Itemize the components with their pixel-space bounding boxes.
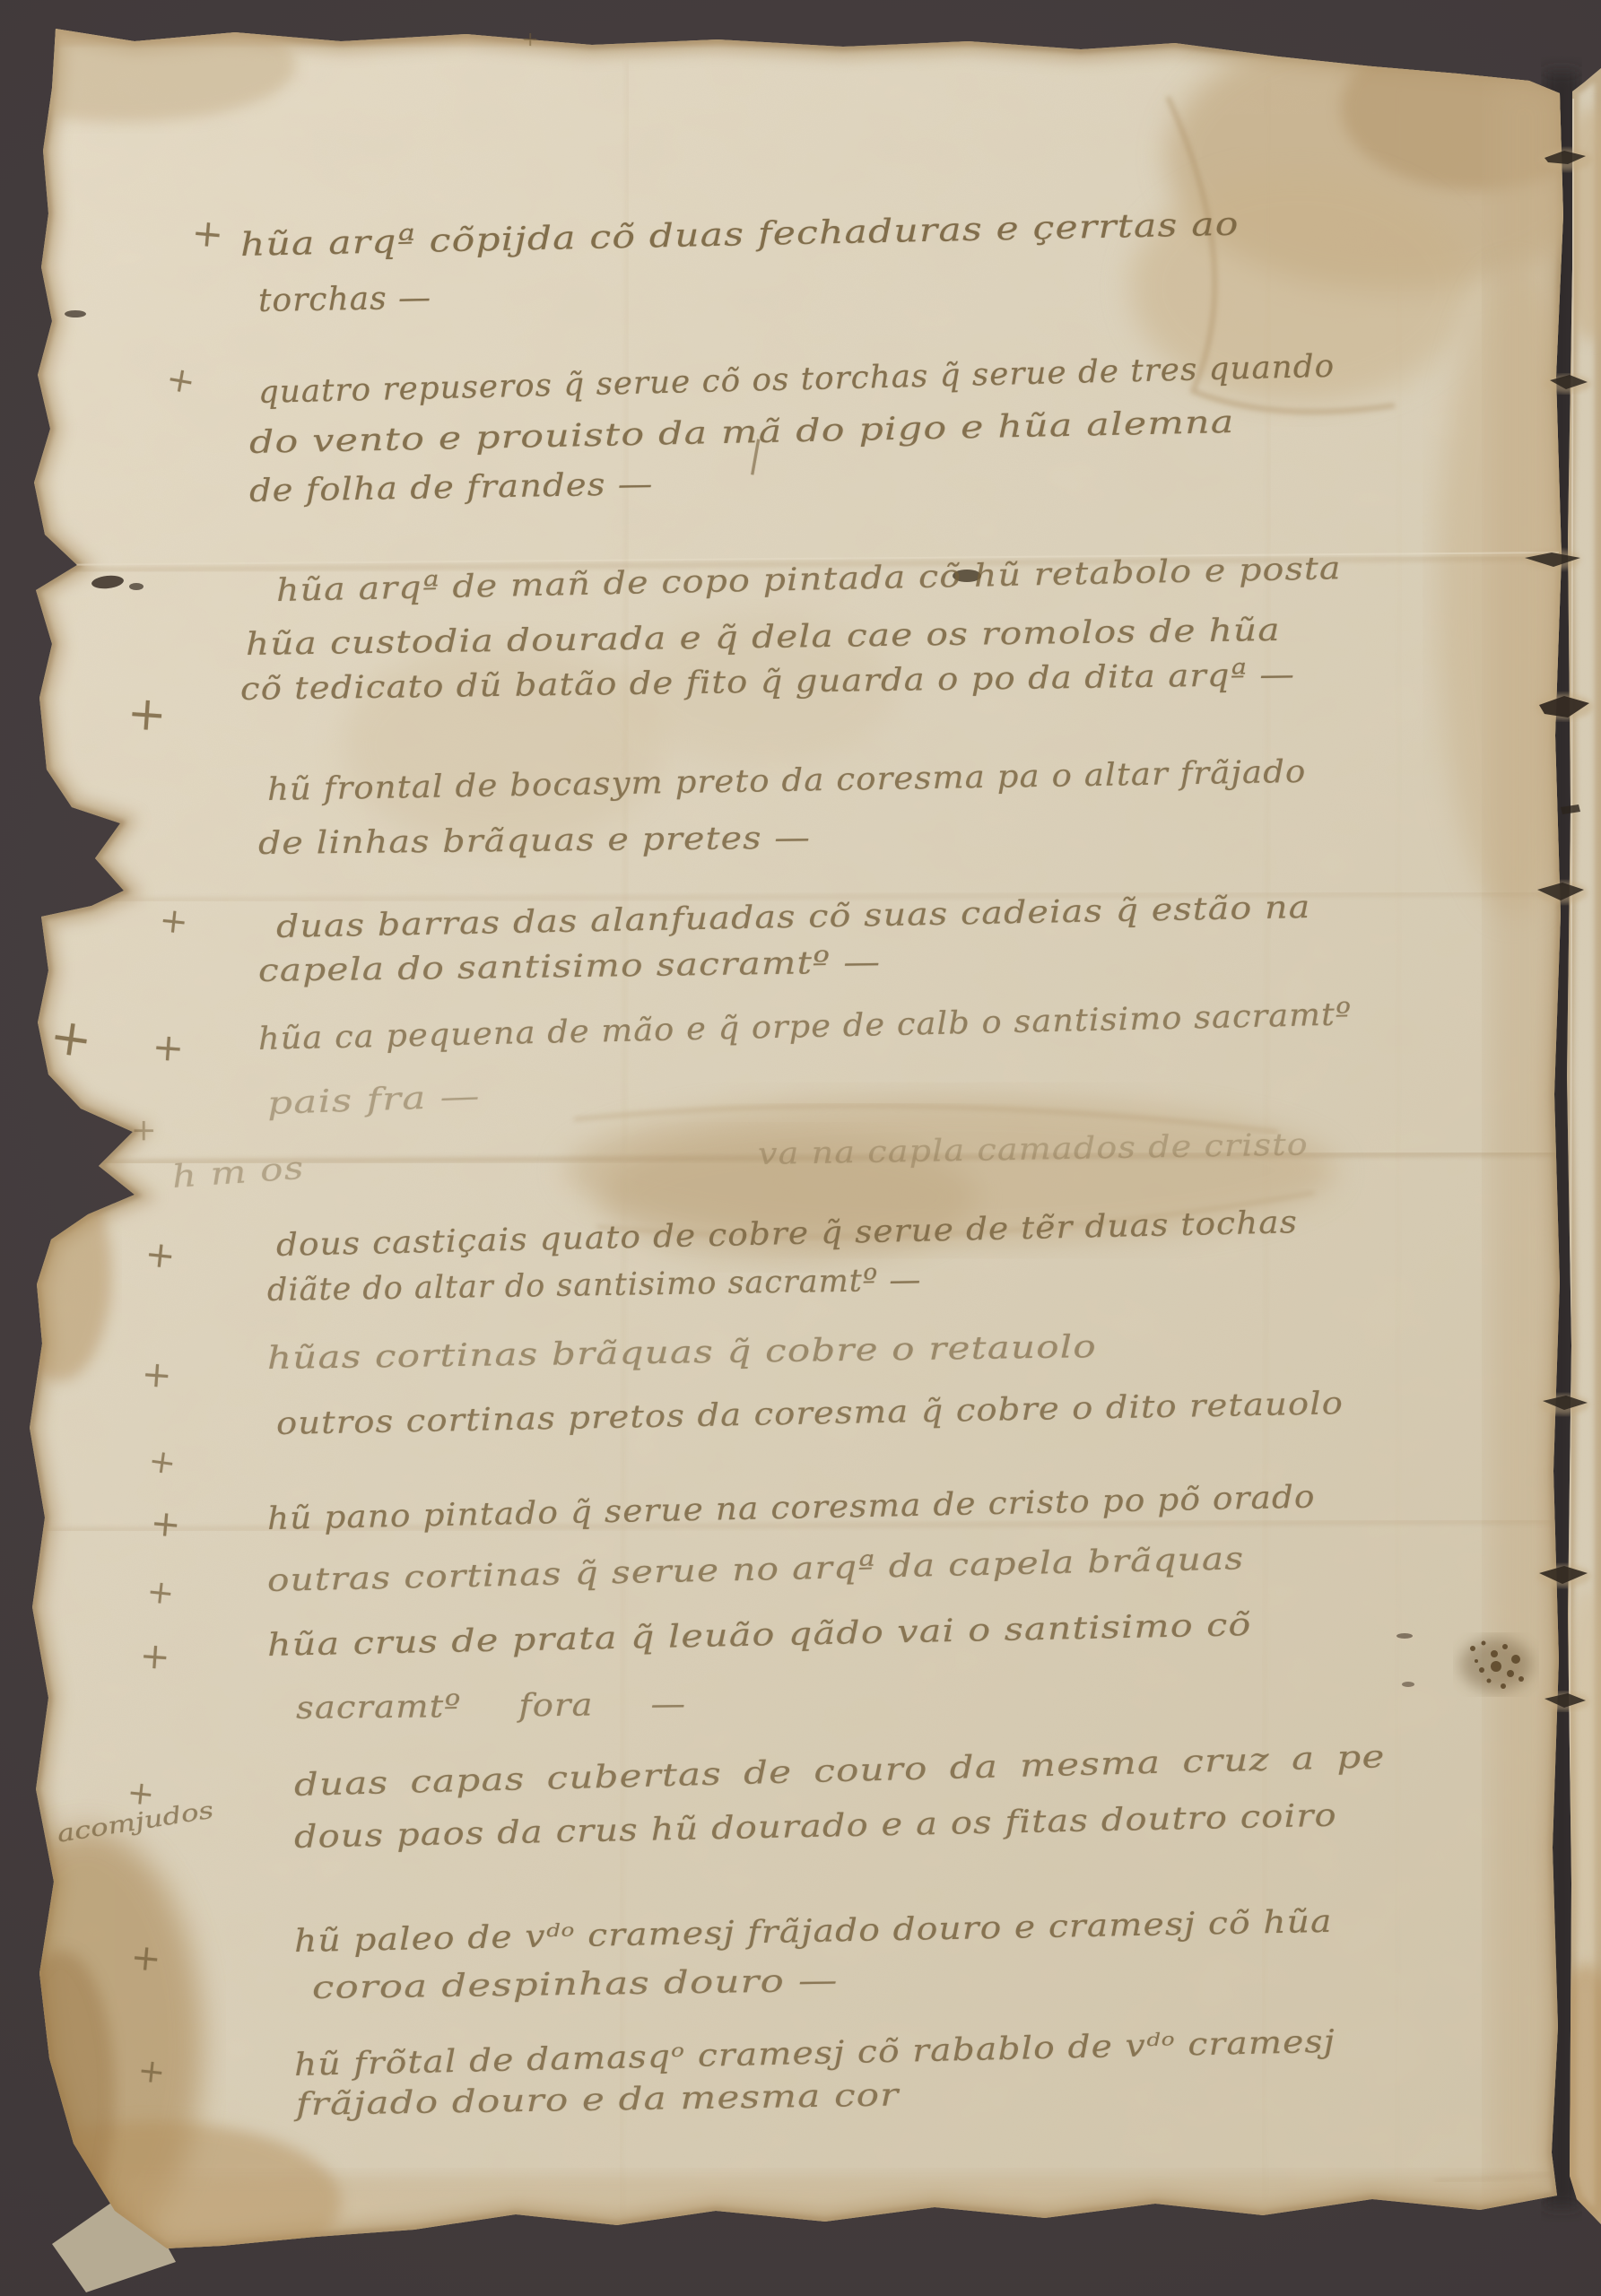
- manuscript-photo: hũa arqª cõpijda cõ duas fechaduras e çe…: [0, 0, 1601, 2296]
- paper-sheet-artwork: [0, 0, 1601, 2296]
